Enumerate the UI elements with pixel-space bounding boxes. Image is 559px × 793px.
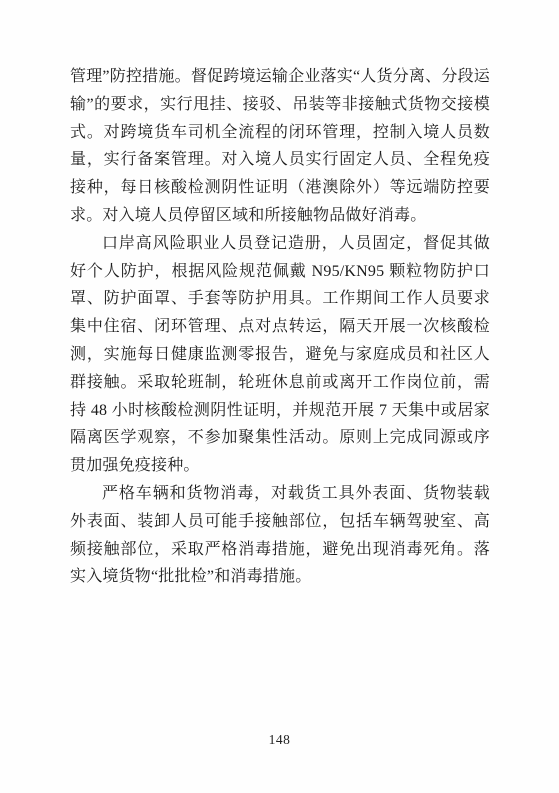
page-number: 148 [0,732,559,748]
paragraph: 严格车辆和货物消毒，对载货工具外表面、货物装载外表面、装卸人员可能手接触部位，包… [70,480,490,591]
page-body-text: 管理”防控措施。督促跨境运输企业落实“人货分离、分段运输”的要求，实行甩挂、接驳… [70,63,490,591]
paragraph: 口岸高风险职业人员登记造册，人员固定，督促其做好个人防护，根据风险规范佩戴 N9… [70,230,490,480]
paragraph: 管理”防控措施。督促跨境运输企业落实“人货分离、分段运输”的要求，实行甩挂、接驳… [70,63,490,230]
document-page: 管理”防控措施。督促跨境运输企业落实“人货分离、分段运输”的要求，实行甩挂、接驳… [0,0,559,793]
